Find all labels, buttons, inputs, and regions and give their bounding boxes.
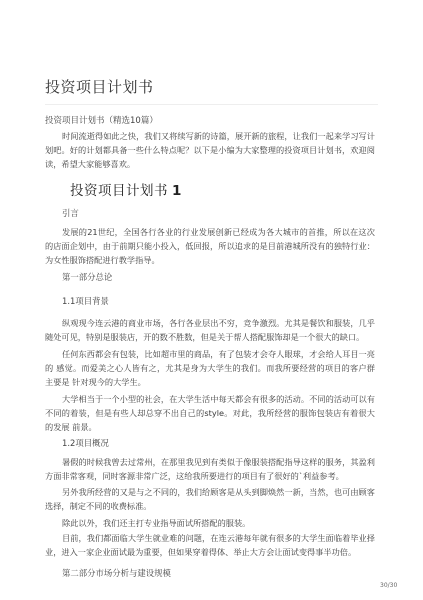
section-heading-text: 投资项目计划书 [70, 183, 168, 199]
heading-1-2: 1.2项目概况 [62, 437, 109, 449]
paragraph: 另外我所经营的又是与之不同的，我们给顾客是从头到脚焕然一新，当然，也可由顾客选择… [45, 485, 375, 513]
heading-part-one: 第一部分总论 [62, 271, 112, 283]
document-page: 投资项目计划书 投资项目计划书（精选10篇） 时间流逝得如此之快，我们又将续写新… [0, 0, 423, 600]
paragraph: 暑假的时候我曾去过常州，在那里我见到有类似于像服装搭配指导这样的服务，其盈利方面… [45, 455, 375, 483]
title-divider [45, 104, 378, 105]
paragraph: 大学相当于一个小型的社会，在大学生活中每天都会有很多的活动。不同的活动可以有不同… [45, 392, 375, 435]
intro-paragraph: 时间流逝得如此之快，我们又将续写新的诗篇，展开新的旅程，让我们一起来学习写计划吧… [45, 129, 375, 172]
document-title: 投资项目计划书 [45, 76, 154, 97]
section-number: 1 [172, 183, 182, 199]
heading-part-two: 第二部分市场分析与建设规模 [62, 567, 171, 579]
paragraph: 纵观现今连云港的商业市场，各行各业层出不穷，竞争激烈。尤其是餐饮和服装，几乎随处… [45, 316, 375, 344]
paragraph: 目前，我们都面临大学生就业难的问题，在连云港每年就有很多的大学生面临着毕业择业，… [45, 531, 375, 559]
paragraph: 发展的21世纪，全国各行各业的行业发展创新已经成为各大城市的首推，所以在这次的店… [45, 225, 375, 268]
page-number: 30/30 [380, 582, 397, 589]
document-subtitle: 投资项目计划书（精选10篇） [45, 114, 158, 126]
paragraph: 除此以外，我们还主打专业指导面试所搭配的服装。 [45, 516, 375, 530]
paragraph: 任何东西都会有包装，比如超市里的商品，有了包装才会夺人眼球，才会给人耳目一亮的 … [45, 347, 375, 390]
heading-intro: 引言 [62, 207, 79, 219]
section-heading: 投资项目计划书1 [70, 179, 182, 199]
heading-1-1: 1.1项目背景 [62, 295, 109, 307]
